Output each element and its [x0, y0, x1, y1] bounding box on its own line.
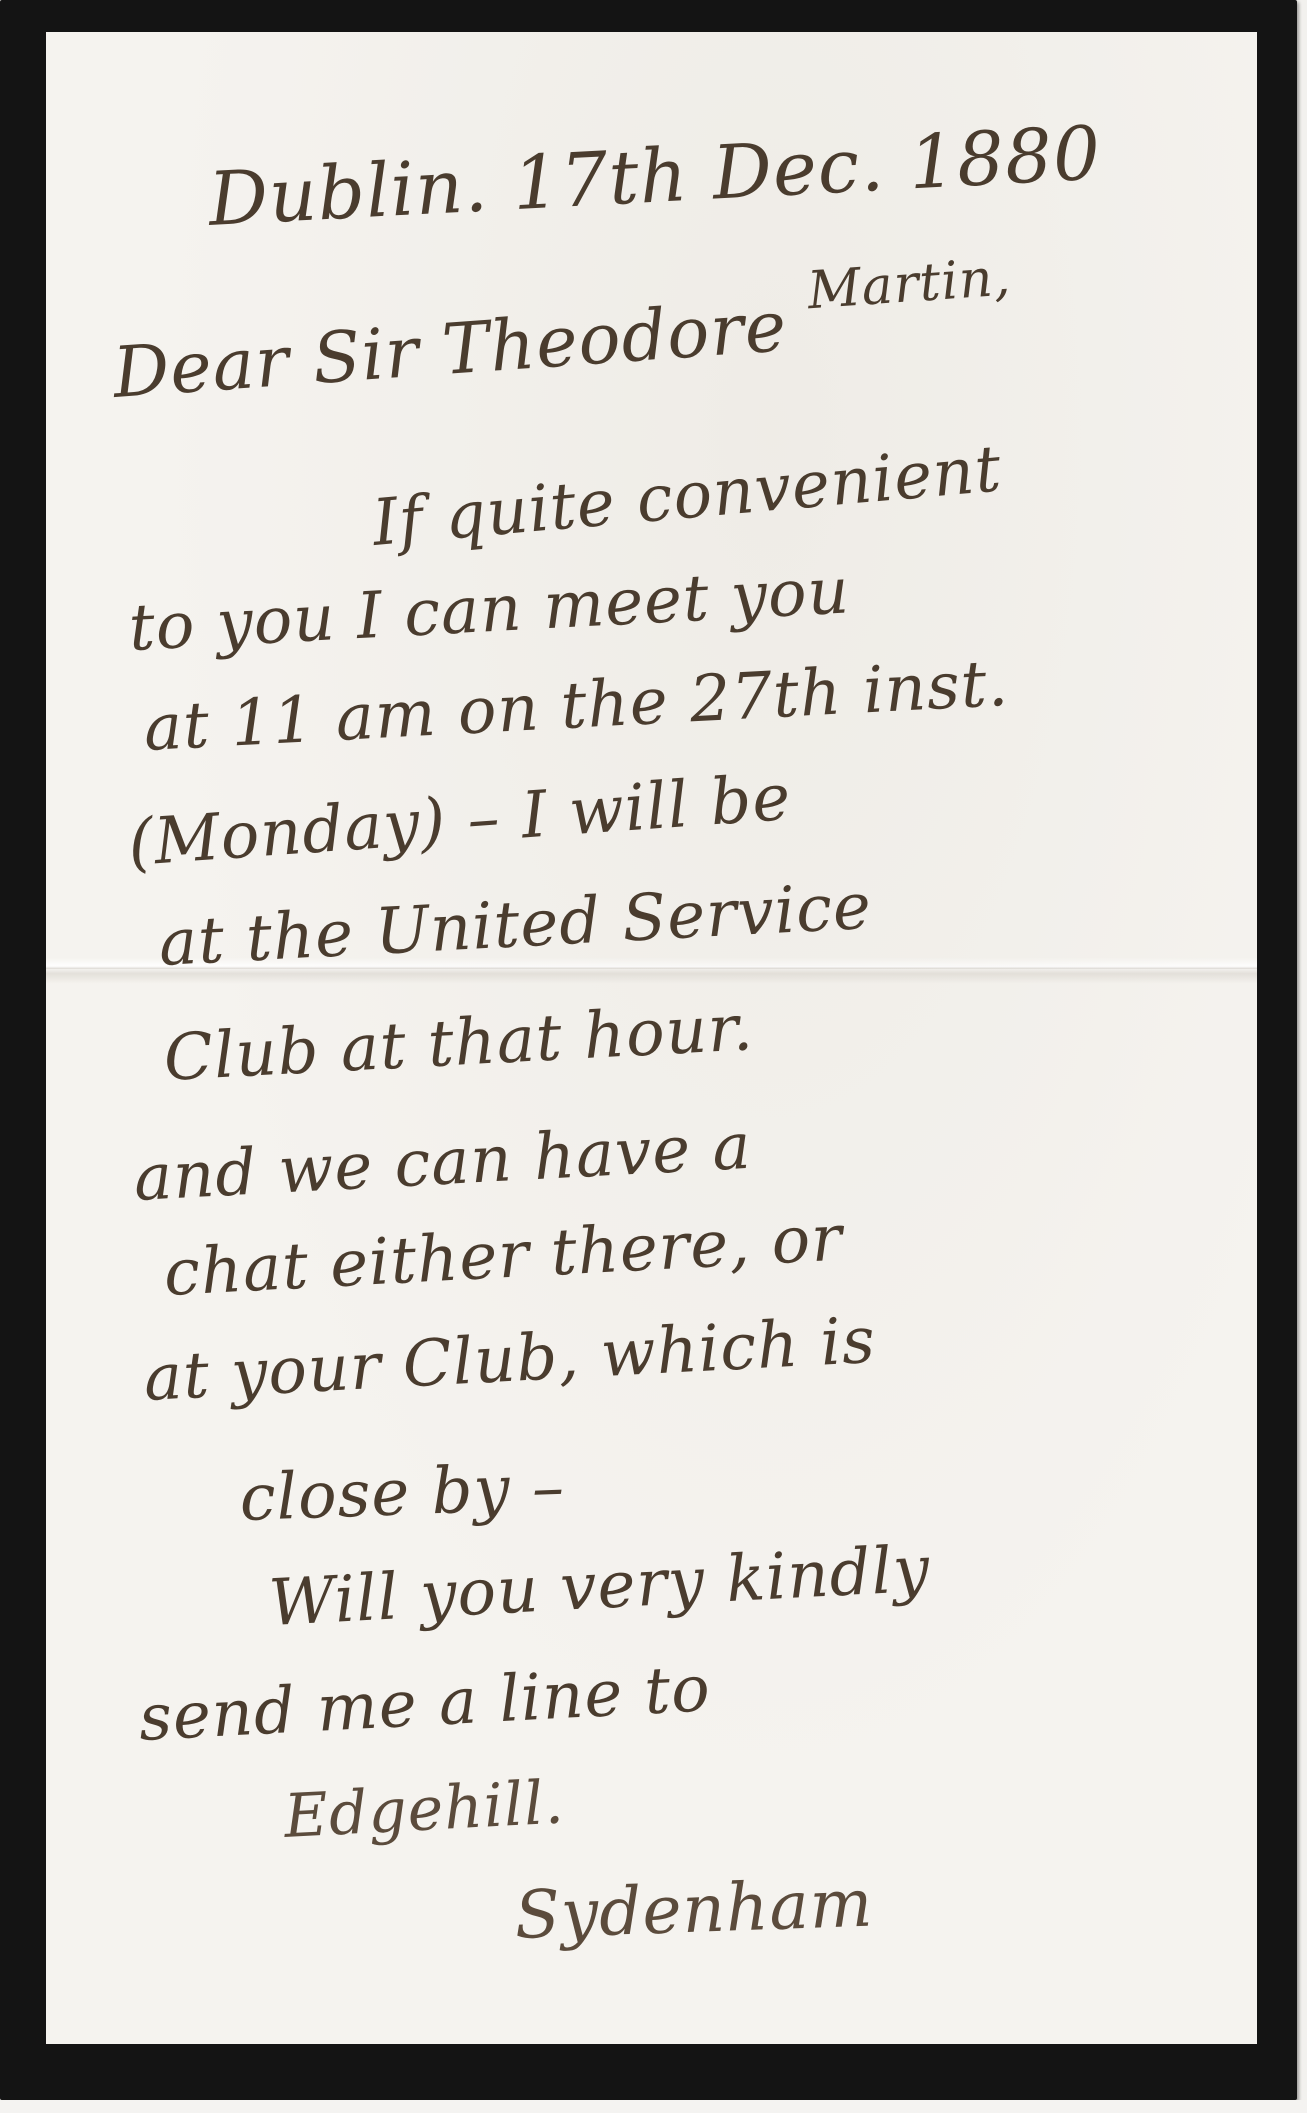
scan-background-strip	[0, 2100, 1307, 2113]
salutation-name-tail: Martin,	[806, 247, 1013, 321]
body-line: at your Club, which is	[142, 1304, 877, 1416]
body-line: send me a line to	[137, 1652, 712, 1756]
body-line: chat either there, or	[162, 1202, 844, 1311]
salutation-text: Dear Sir Theodore	[110, 285, 789, 414]
letter-signature: Sydenham	[513, 1865, 874, 1954]
body-line: If quite convenient	[370, 432, 1005, 561]
body-line: to you I can meet you	[127, 554, 851, 666]
letter-salutation: Dear Sir Theodore Martin,	[110, 269, 1016, 414]
letter-paper: Dublin. 17th Dec. 1880 Dear Sir Theodore…	[46, 32, 1257, 2044]
body-line: and we can have a	[132, 1110, 753, 1216]
body-line: Edgehill.	[282, 1767, 566, 1852]
body-line: close by –	[238, 1451, 566, 1536]
body-line: Club at that hour.	[162, 991, 755, 1096]
mourning-border-card: Dublin. 17th Dec. 1880 Dear Sir Theodore…	[0, 0, 1297, 2100]
letter-place-date: Dublin. 17th Dec. 1880	[206, 110, 1103, 243]
body-line: (Monday) – I will be	[126, 761, 794, 881]
body-line: Will you very kindly	[267, 1532, 932, 1641]
body-line: at the United Service	[157, 870, 873, 981]
body-line: at 11 am on the 27th inst.	[142, 647, 1010, 766]
